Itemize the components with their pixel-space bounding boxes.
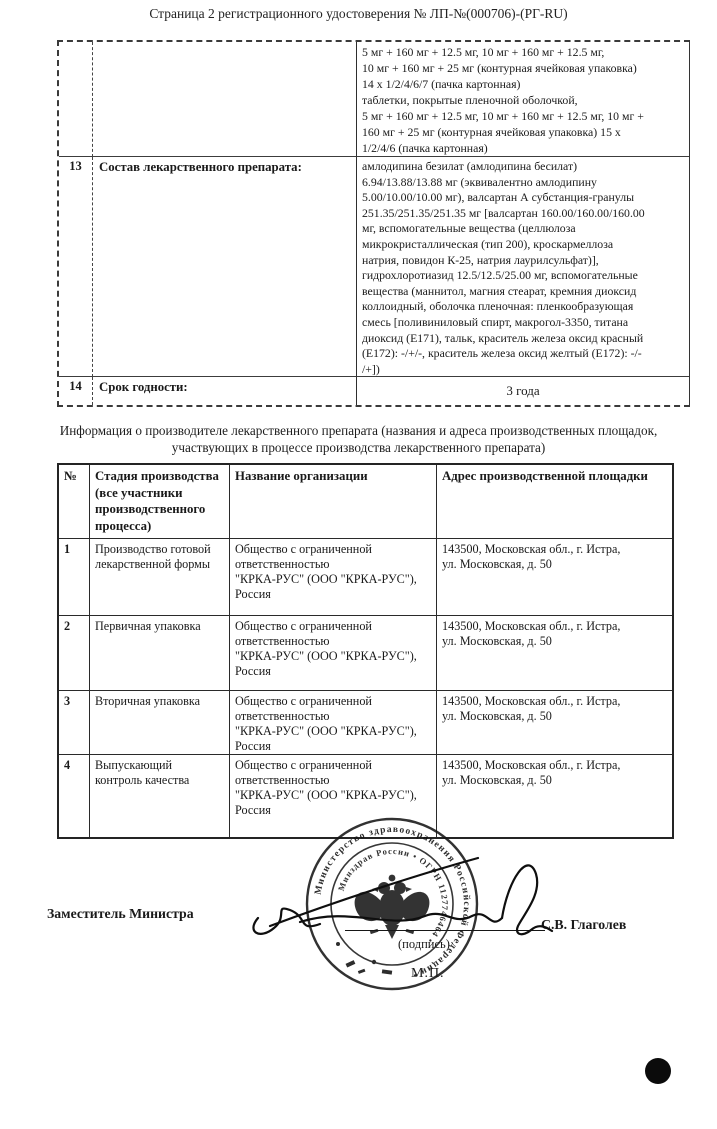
row1-address: 143500, Московская обл., г. Истра, ул. М… <box>437 539 672 616</box>
row3-stage: Вторичная упаковка <box>90 691 230 755</box>
manufacturer-table: № Стадия производства (все участники про… <box>57 463 674 839</box>
row3-org: Общество с ограниченной ответственностью… <box>230 691 437 755</box>
row4-stage: Выпускающий контроль качества <box>90 755 230 837</box>
col-header-num: № <box>59 465 90 539</box>
row2-stage: Первичная упаковка <box>90 616 230 691</box>
row2-num: 2 <box>59 616 90 691</box>
row3-address: 143500, Московская обл., г. Истра, ул. М… <box>437 691 672 755</box>
row1-org: Общество с ограниченной ответственностью… <box>230 539 437 616</box>
reg-row14-num: 14 <box>59 377 93 405</box>
row1-stage: Производство готовой лекарственной формы <box>90 539 230 616</box>
page-header: Страница 2 регистрационного удостоверени… <box>0 6 717 22</box>
col-header-stage: Стадия производства (все участники произ… <box>90 465 230 539</box>
reg-row14-value: 3 года <box>357 377 689 405</box>
row2-org: Общество с ограниченной ответственностью… <box>230 616 437 691</box>
reg-row13-value: амлодипина безилат (амлодипина бесилат) … <box>357 157 689 377</box>
row2-address: 143500, Московская обл., г. Истра, ул. М… <box>437 616 672 691</box>
row1-num: 1 <box>59 539 90 616</box>
row4-num: 4 <box>59 755 90 837</box>
reg-row13-num: 13 <box>59 157 93 377</box>
seal-placeholder-label: М.П. <box>411 966 445 982</box>
reg-row13-label: Состав лекарственного препарата: <box>93 157 357 377</box>
signature-scrawl <box>240 838 570 948</box>
row3-num: 3 <box>59 691 90 755</box>
reg-row0-label <box>93 42 357 157</box>
reg-row0-value: 5 мг + 160 мг + 12.5 мг, 10 мг + 160 мг … <box>357 42 689 157</box>
registration-table: 5 мг + 160 мг + 12.5 мг, 10 мг + 160 мг … <box>57 40 690 407</box>
col-header-org: Название организации <box>230 465 437 539</box>
document-page: Страница 2 регистрационного удостоверени… <box>0 0 717 1129</box>
col-header-address: Адрес производственной площадки <box>437 465 672 539</box>
reg-row14-label: Срок годности: <box>93 377 357 405</box>
signatory-title: Заместитель Министра <box>47 906 194 922</box>
reg-row0-num <box>59 42 93 157</box>
punch-hole-dot <box>645 1058 671 1084</box>
manufacturer-info-intro: Информация о производителе лекарственног… <box>20 422 697 456</box>
